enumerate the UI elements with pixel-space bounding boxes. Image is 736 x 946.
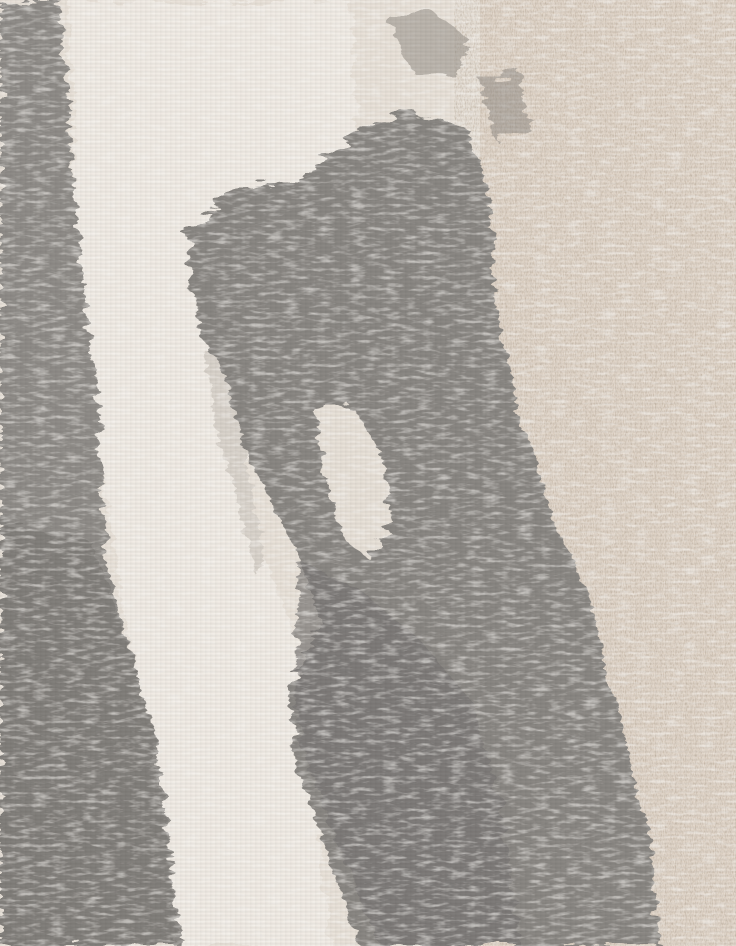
rug-pattern-illustration (0, 0, 736, 946)
rug-texture-photo (0, 0, 736, 946)
